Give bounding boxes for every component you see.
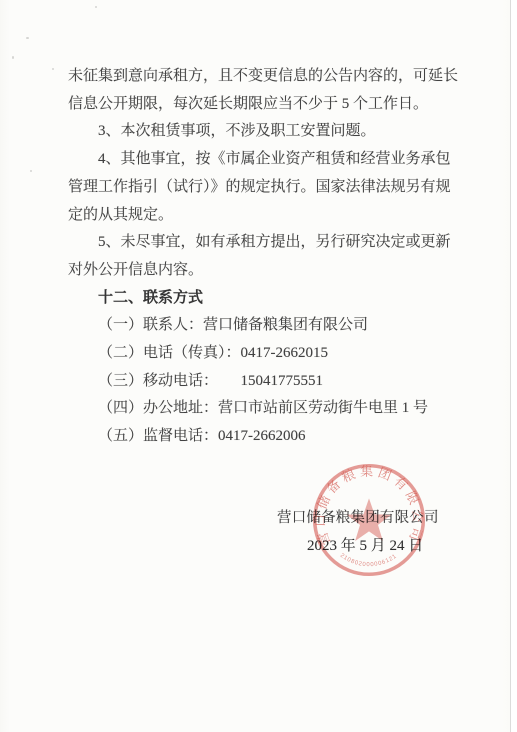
scan-speck (52, 68, 54, 70)
signature-date: 2023 年 5 月 24 日 (307, 534, 423, 555)
scan-speck (12, 56, 14, 59)
scan-speck (95, 6, 97, 8)
document-line: 对外公开信息内容。 (68, 257, 454, 285)
seal-code-arc: 210802000006121 (339, 553, 399, 568)
scan-speck (30, 170, 32, 172)
document-line: 3、本次租赁事项，不涉及职工安置问题。 (68, 118, 454, 146)
signature-company: 营口储备粮集团有限公司 (277, 506, 439, 527)
document-line: （二）电话（传真）：0417-2662015 (68, 340, 454, 368)
document-line: 管理工作指引（试行）》的规定执行。国家法律法规另有规 (68, 174, 454, 202)
scan-speck (26, 37, 29, 39)
document-line: 4、其他事宜，按《市属企业资产租赁和经营业务承包 (68, 146, 454, 174)
document-body: 未征集到意向承租方，且不变更信息的公告内容的，可延长信息公开期限，每次延长期限应… (68, 63, 454, 451)
document-line: 定的从其规定。 (68, 202, 454, 230)
document-line: （四）办公地址：营口市站前区劳动街牛电里 1 号 (68, 395, 454, 423)
scan-edge-line (510, 0, 511, 732)
svg-text:210802000006121: 210802000006121 (339, 553, 399, 568)
document-line: 十二、联系方式 (68, 285, 454, 313)
document-line: 未征集到意向承租方，且不变更信息的公告内容的，可延长 (68, 63, 454, 91)
document-line: （五）监督电话：0417-2662006 (68, 423, 454, 451)
document-line: （一）联系人：营口储备粮集团有限公司 (68, 312, 454, 340)
scanned-document-page: 未征集到意向承租方，且不变更信息的公告内容的，可延长信息公开期限，每次延长期限应… (0, 0, 517, 732)
document-line: 信息公开期限，每次延长期限应当不少于 5 个工作日。 (68, 91, 454, 119)
document-line: （三）移动电话： 15041775551 (68, 368, 454, 396)
document-line: 5、未尽事宜，如有承租方提出，另行研究决定或更新 (68, 229, 454, 257)
scan-edge-band (511, 0, 517, 732)
